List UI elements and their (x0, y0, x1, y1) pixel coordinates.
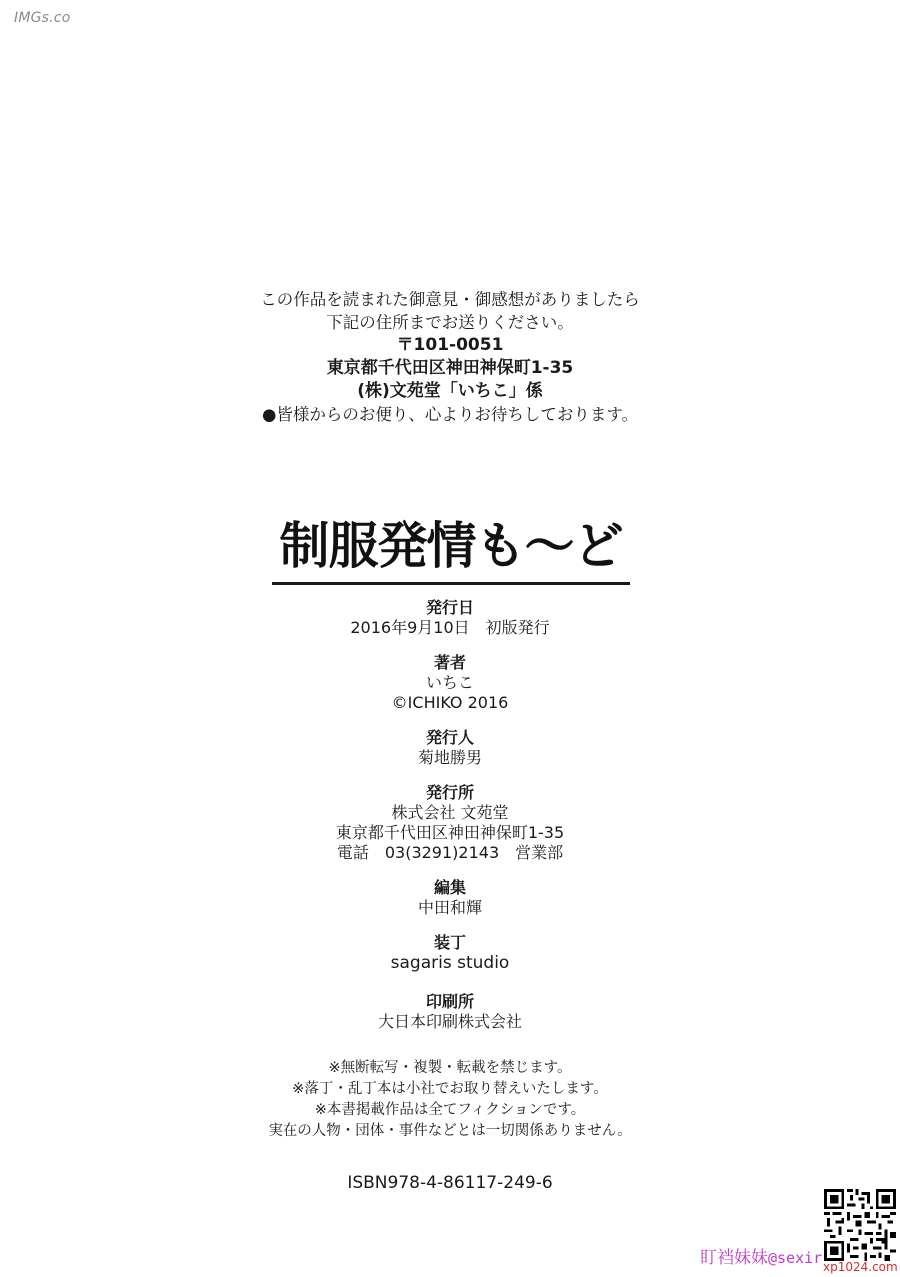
book-title-block: 制服発情も〜ど (268, 518, 634, 574)
qr-code-icon (824, 1189, 896, 1261)
section-printer: 印刷所 大日本印刷株式会社 (0, 991, 900, 1032)
notice-line: 実在の人物・団体・事件などとは一切関係ありません。 (0, 1121, 900, 1142)
section-heading: 編集 (0, 877, 900, 898)
letter-line-1: この作品を読まれた御意見・御感想がありましたら (0, 288, 900, 311)
colophon: 発行日 2016年9月10日 初版発行 著者 いちこ ©ICHIKO 2016 … (0, 597, 900, 1046)
section-heading: 発行人 (0, 727, 900, 748)
postal-code: 〒101-0051 (0, 334, 900, 357)
letter-line-2: 下記の住所までお送りください。 (0, 311, 900, 334)
publisher-company: 株式会社 文苑堂 (0, 803, 900, 823)
printer-name: 大日本印刷株式会社 (0, 1012, 900, 1032)
title-underline (272, 582, 630, 585)
notice-line: ※無断転写・複製・転載を禁じます。 (0, 1058, 900, 1079)
site-watermark: IMGs.co (14, 10, 70, 26)
section-design: 装丁 sagaris studio (0, 932, 900, 973)
watermark-name: 盯裆妹妹 (700, 1248, 768, 1268)
publish-date: 2016年9月10日 初版発行 (0, 618, 900, 638)
letter-closing: ●皆様からのお便り、心よりお待ちしております。 (0, 403, 900, 426)
letter-address: 東京都千代田区神田神保町1-35 (0, 357, 900, 380)
section-author: 著者 いちこ ©ICHIKO 2016 (0, 652, 900, 713)
section-heading: 発行日 (0, 597, 900, 618)
isbn: ISBN978-4-86117-249-6 (0, 1172, 900, 1194)
reader-letter-block: この作品を読まれた御意見・御感想がありましたら 下記の住所までお送りください。 … (0, 288, 900, 426)
copyright: ©ICHIKO 2016 (0, 693, 900, 713)
publisher-address: 東京都千代田区神田神保町1-35 (0, 823, 900, 843)
section-publish-date: 発行日 2016年9月10日 初版発行 (0, 597, 900, 638)
section-heading: 発行所 (0, 782, 900, 803)
watermark-handle: @sexir (768, 1249, 822, 1267)
legal-notices: ※無断転写・複製・転載を禁じます。 ※落丁・乱丁本は小社でお取り替えいたします。… (0, 1058, 900, 1142)
publisher-phone: 電話 03(3291)2143 営業部 (0, 843, 900, 863)
book-title: 制服発情も〜ど (268, 518, 634, 574)
section-heading: 装丁 (0, 932, 900, 953)
notice-line: ※本書掲載作品は全てフィクションです。 (0, 1100, 900, 1121)
watermark-domain: xp1024.com (823, 1260, 898, 1274)
notice-line: ※落丁・乱丁本は小社でお取り替えいたします。 (0, 1079, 900, 1100)
section-publisher: 発行所 株式会社 文苑堂 東京都千代田区神田神保町1-35 電話 03(3291… (0, 782, 900, 863)
letter-recipient: (株)文苑堂「いちこ」係 (0, 380, 900, 403)
section-heading: 著者 (0, 652, 900, 673)
author-name: いちこ (0, 673, 900, 693)
editor-name: 中田和輝 (0, 898, 900, 918)
bottom-watermark-text: 盯裆妹妹@sexir (700, 1243, 822, 1268)
designer-name: sagaris studio (0, 953, 900, 973)
section-editor: 編集 中田和輝 (0, 877, 900, 918)
section-publisher-person: 発行人 菊地勝男 (0, 727, 900, 768)
section-heading: 印刷所 (0, 991, 900, 1012)
publisher-person-name: 菊地勝男 (0, 748, 900, 768)
